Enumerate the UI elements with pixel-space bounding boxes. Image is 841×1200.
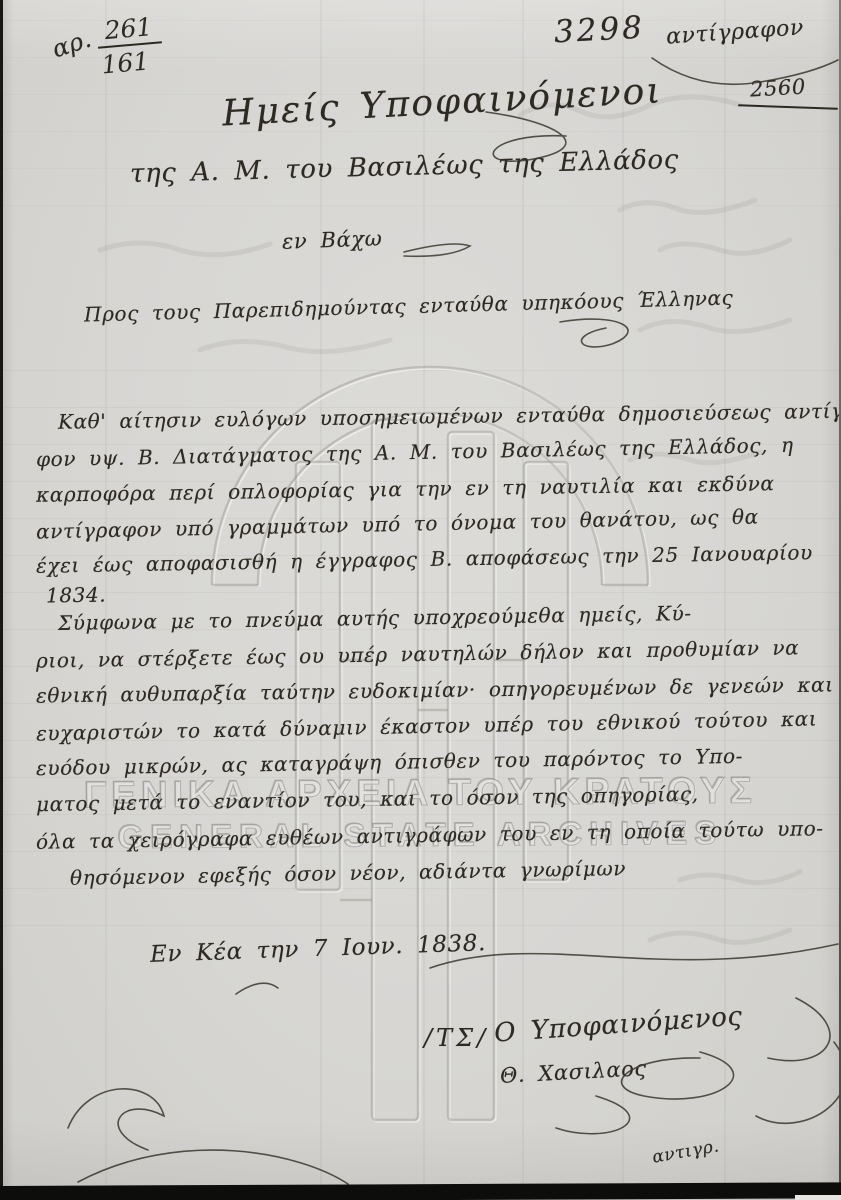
- scanned-document-page: ΓΕΝΙΚΑ ΑΡΧΕΙΑ ΤΟΥ ΚΡΑΤΟΥΣ GENERAL STATE …: [0, 0, 841, 1200]
- protocol-number: 3298: [553, 10, 646, 51]
- seal-mark: /ΤΣ/: [424, 1024, 489, 1052]
- body-line: 1834.: [46, 582, 107, 607]
- reference-denominator: 161: [98, 43, 164, 79]
- registry-number: 2560: [749, 75, 806, 102]
- salutation-line: Προς τους Παρεπιδημούντας ενταύθα υπηκόο…: [84, 286, 734, 327]
- scan-corner-sliver: [795, 1195, 841, 1200]
- scan-edge-bottom: [0, 1182, 841, 1200]
- heading-line-3: εν Βάχω: [282, 226, 383, 253]
- signature-title: Ο Υποφαινόμενος: [493, 1001, 743, 1048]
- scan-edge-left: [0, 0, 3, 1186]
- reference-number-fraction: 261 161: [95, 11, 164, 79]
- bottom-copy-note: αντιγρ.: [651, 1136, 721, 1167]
